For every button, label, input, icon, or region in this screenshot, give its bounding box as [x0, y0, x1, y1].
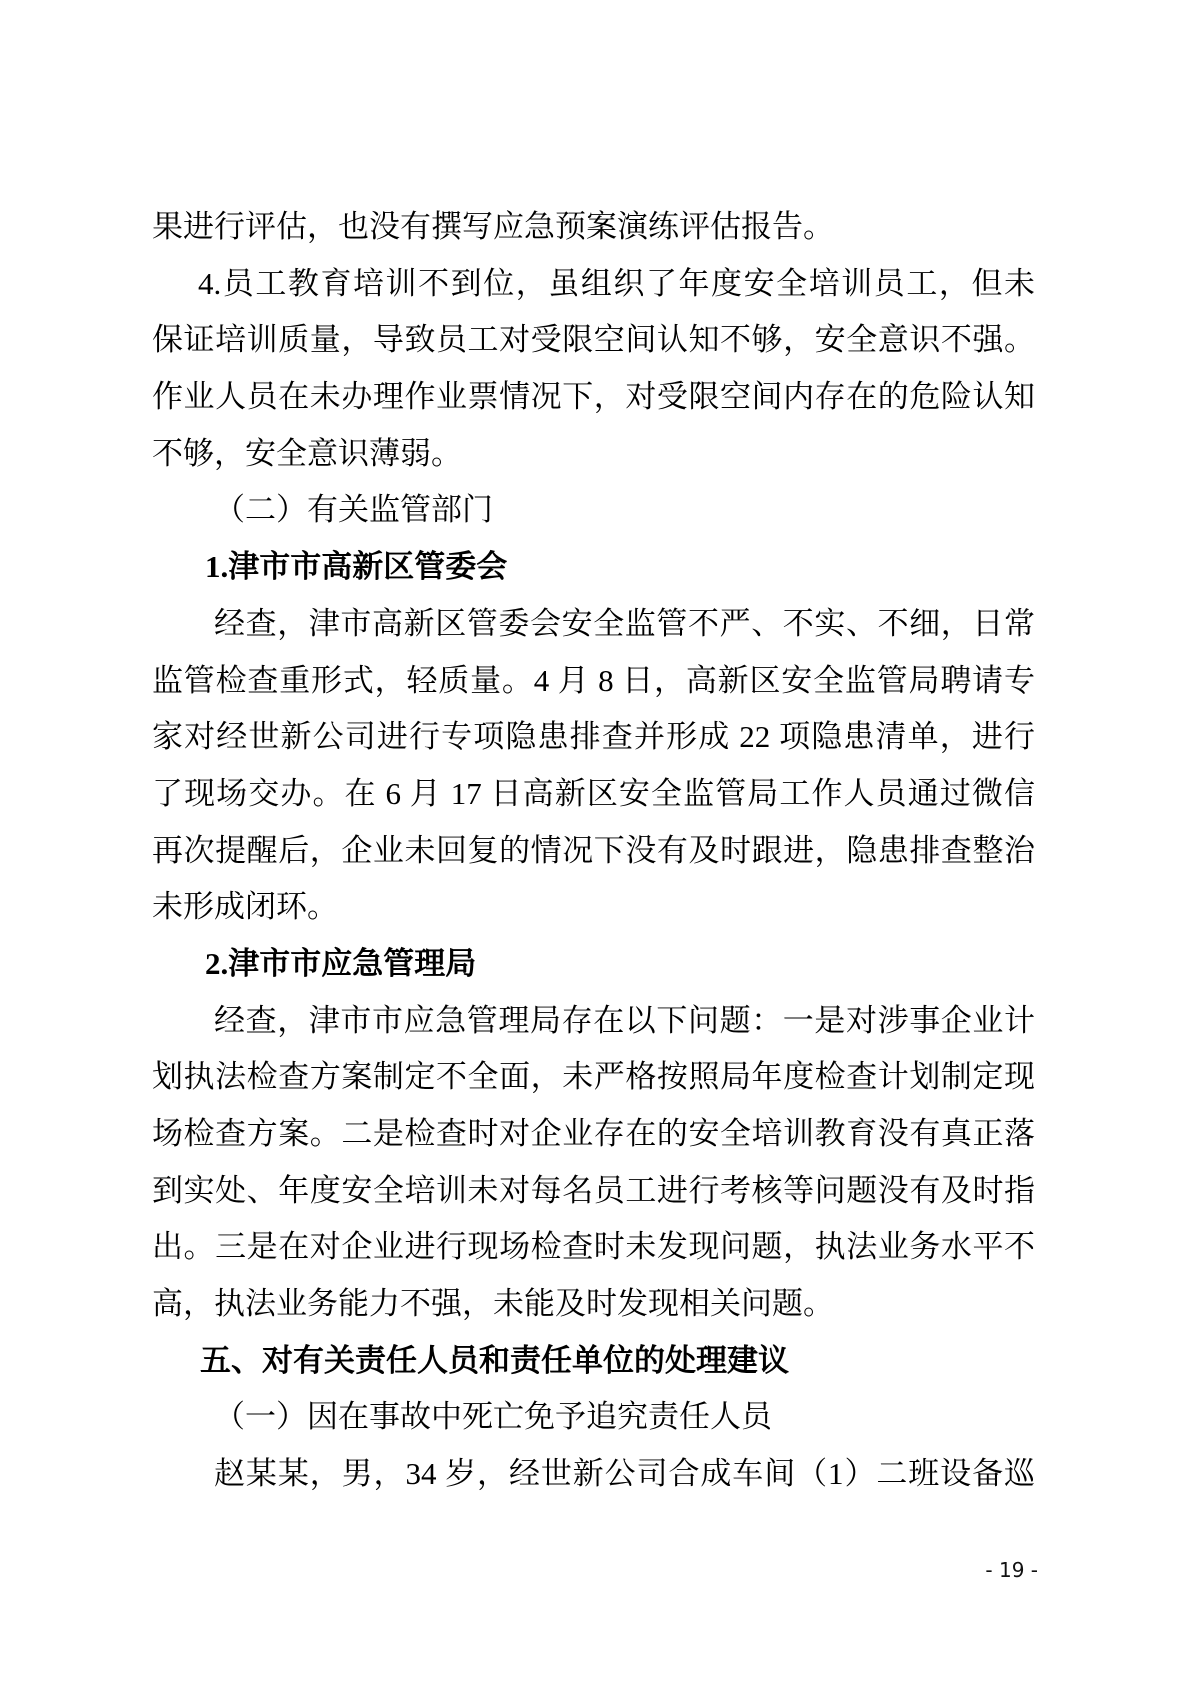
- body-text-line: 保证培训质量，导致员工对受限空间认知不够，安全意识不强。: [152, 312, 1035, 369]
- body-text-line: 到实处、年度安全培训未对每名员工进行考核等问题没有及时指: [152, 1163, 1035, 1220]
- numbered-heading: 2.津市市应急管理局: [152, 936, 1035, 993]
- body-text-line: 未形成闭环。: [152, 879, 1035, 936]
- document-page: 果进行评估，也没有撰写应急预案演练评估报告。 4.员工教育培训不到位，虽组织了年…: [0, 0, 1190, 1683]
- body-text-line: 经查，津市市应急管理局存在以下问题：一是对涉事企业计: [152, 993, 1035, 1050]
- body-text-line: 监管检查重形式，轻质量。4 月 8 日，高新区安全监管局聘请专: [152, 653, 1035, 710]
- body-text-line: 经查，津市高新区管委会安全监管不严、不实、不细，日常: [152, 596, 1035, 653]
- body-text-line: 高，执法业务能力不强，未能及时发现相关问题。: [152, 1276, 1035, 1333]
- body-text-line: 果进行评估，也没有撰写应急预案演练评估报告。: [152, 199, 1035, 256]
- document-text-block: 果进行评估，也没有撰写应急预案演练评估报告。 4.员工教育培训不到位，虽组织了年…: [152, 199, 1035, 1503]
- body-text-line: 再次提醒后，企业未回复的情况下没有及时跟进，隐患排查整治: [152, 823, 1035, 880]
- numbered-heading: 1.津市市高新区管委会: [152, 539, 1035, 596]
- body-text-line: 赵某某，男，34 岁，经世新公司合成车间（1）二班设备巡: [152, 1446, 1035, 1503]
- body-text-line: 场检查方案。二是检查时对企业存在的安全培训教育没有真正落: [152, 1106, 1035, 1163]
- section-heading: 五、对有关责任人员和责任单位的处理建议: [152, 1333, 1035, 1390]
- body-text-line: 出。三是在对企业进行现场检查时未发现问题，执法业务水平不: [152, 1219, 1035, 1276]
- body-text-line: 了现场交办。在 6 月 17 日高新区安全监管局工作人员通过微信: [152, 766, 1035, 823]
- subsection-heading: （一）因在事故中死亡免予追究责任人员: [152, 1389, 1035, 1446]
- subsection-heading: （二）有关监管部门: [152, 482, 1035, 539]
- body-text-line: 作业人员在未办理作业票情况下，对受限空间内存在的危险认知: [152, 369, 1035, 426]
- body-text-line: 划执法检查方案制定不全面，未严格按照局年度检查计划制定现: [152, 1049, 1035, 1106]
- body-text-line: 4.员工教育培训不到位，虽组织了年度安全培训员工，但未: [152, 256, 1035, 313]
- page-number: - 19 -: [985, 1558, 1038, 1582]
- body-text-line: 家对经世新公司进行专项隐患排查并形成 22 项隐患清单，进行: [152, 709, 1035, 766]
- body-text-line: 不够，安全意识薄弱。: [152, 426, 1035, 483]
